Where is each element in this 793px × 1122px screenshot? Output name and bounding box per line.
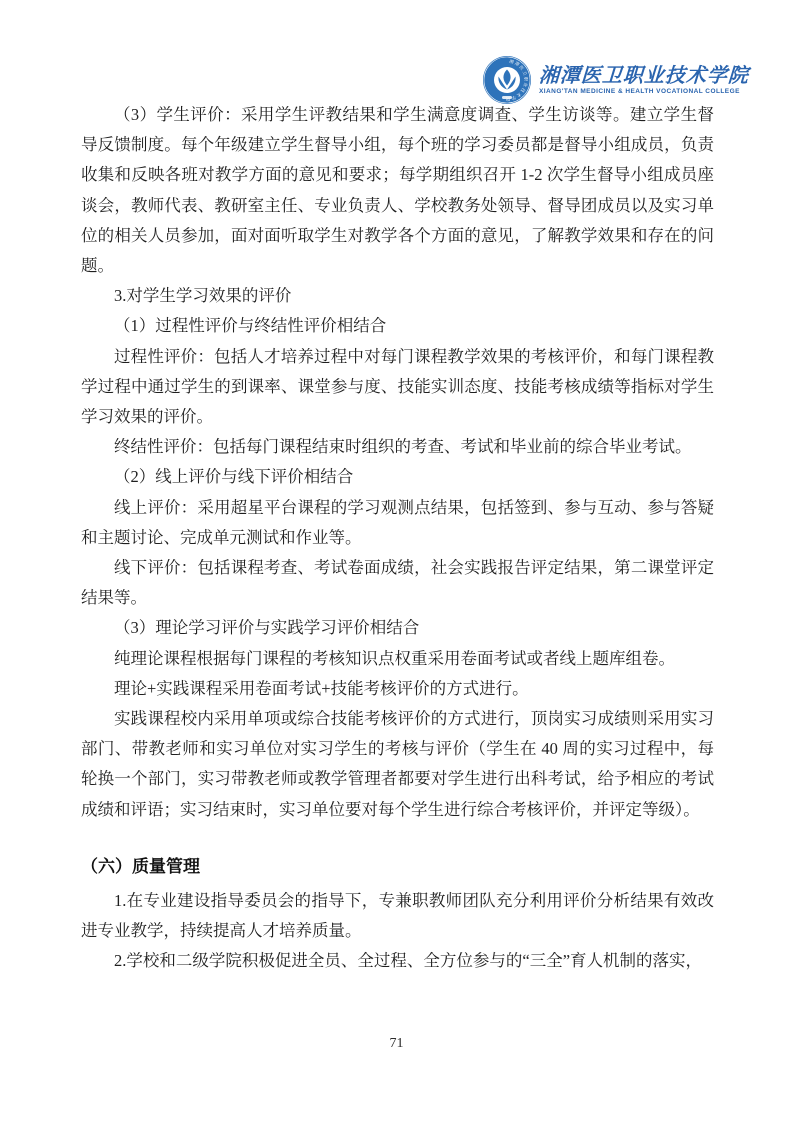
paragraph-summative-evaluation: 终结性评价：包括每门课程结束时组织的考查、考试和毕业前的综合毕业考试。 bbox=[81, 432, 714, 462]
paragraph-practice-course: 实践课程校内采用单项或综合技能考核评价的方式进行，顶岗实习成绩则采用实习部门、带… bbox=[81, 704, 714, 825]
section-heading-quality-management: （六）质量管理 bbox=[81, 852, 714, 882]
page-header-logo: 湘潭医卫职业技术学院 湘潭医卫职业技术学院 XIANG'TAN MEDICINE… bbox=[482, 55, 749, 105]
paragraph-process-evaluation: 过程性评价：包括人才培养过程中对每门课程教学效果的考核评价，和每门课程教学过程中… bbox=[81, 342, 714, 433]
document-body: （3）学生评价：采用学生评教结果和学生满意度调查、学生访谈等。建立学生督导反馈制… bbox=[81, 100, 714, 976]
paragraph-offline-evaluation: 线下评价：包括课程考查、考试卷面成绩，社会实践报告评定结果，第二课堂评定结果等。 bbox=[81, 553, 714, 613]
document-page: 湘潭医卫职业技术学院 湘潭医卫职业技术学院 XIANG'TAN MEDICINE… bbox=[0, 0, 793, 1122]
college-name-en: XIANG'TAN MEDICINE & HEALTH VOCATIONAL C… bbox=[539, 87, 749, 96]
paragraph-student-evaluation: （3）学生评价：采用学生评教结果和学生满意度调查、学生访谈等。建立学生督导反馈制… bbox=[81, 100, 714, 281]
paragraph-process-summative-title: （1）过程性评价与终结性评价相结合 bbox=[81, 311, 714, 341]
paragraph-quality-item-2: 2.学校和二级学院积极促进全员、全过程、全方位参与的“三全”育人机制的落实， bbox=[81, 946, 714, 976]
college-name-zh: 湘潭医卫职业技术学院 bbox=[538, 65, 749, 87]
page-number: 71 bbox=[0, 1036, 793, 1052]
college-emblem-icon: 湘潭医卫职业技术学院 bbox=[482, 55, 532, 105]
paragraph-learning-effect-title: 3.对学生学习效果的评价 bbox=[81, 281, 714, 311]
paragraph-quality-item-1: 1.在专业建设指导委员会的指导下，专兼职教师团队充分利用评价分析结果有效改进专业… bbox=[81, 886, 714, 946]
paragraph-online-evaluation: 线上评价：采用超星平台课程的学习观测点结果，包括签到、参与互动、参与答疑和主题讨… bbox=[81, 493, 714, 553]
paragraph-theory-practice-title: （3）理论学习评价与实践学习评价相结合 bbox=[81, 613, 714, 643]
college-name-block: 湘潭医卫职业技术学院 XIANG'TAN MEDICINE & HEALTH V… bbox=[539, 65, 749, 96]
paragraph-theory-plus-practice: 理论+实践课程采用卷面考试+技能考核评价的方式进行。 bbox=[81, 674, 714, 704]
paragraph-pure-theory-course: 纯理论课程根据每门课程的考核知识点权重采用卷面考试或者线上题库组卷。 bbox=[81, 644, 714, 674]
paragraph-online-offline-title: （2）线上评价与线下评价相结合 bbox=[81, 462, 714, 492]
